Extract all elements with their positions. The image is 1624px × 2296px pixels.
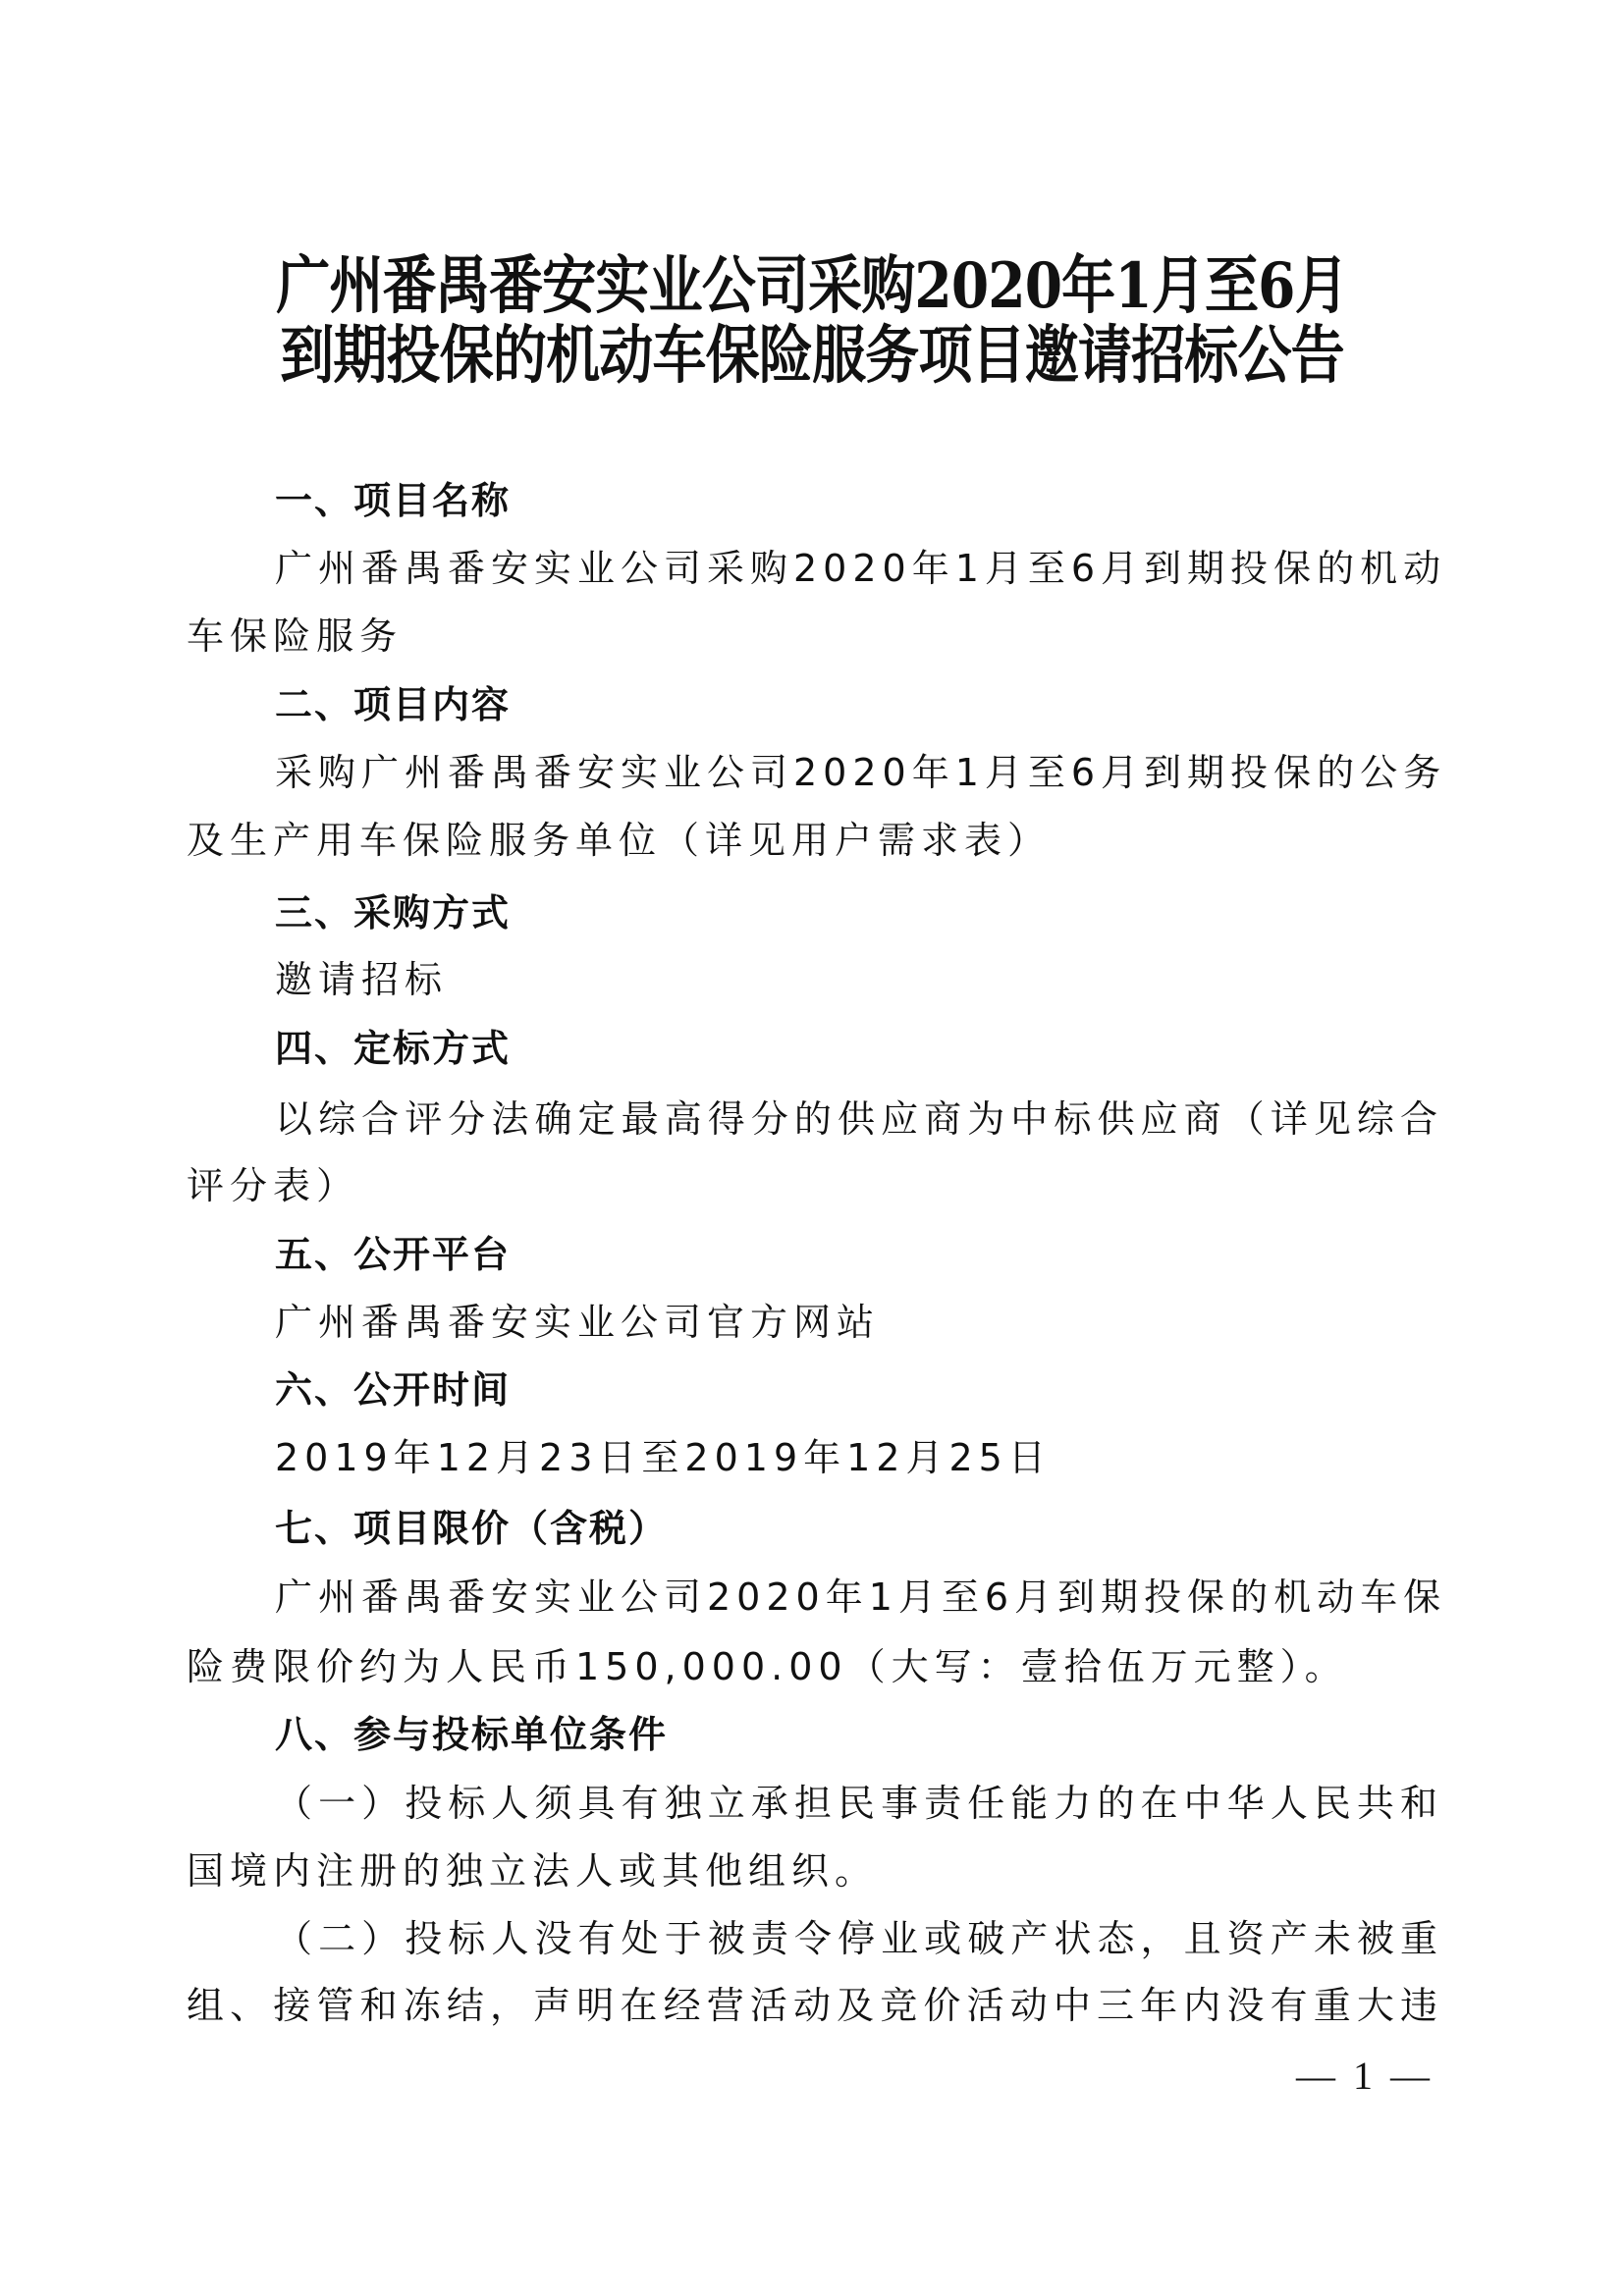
paragraph-line: 车保险服务 [187,602,1443,670]
document-title-line-2: 到期投保的机动车保险服务项目邀请招标公告 [114,322,1510,391]
paragraph-line: 广州番禺番安实业公司采购2020年1月至6月到期投保的机动 [275,534,1443,603]
section-heading-project-name: 一、项目名称 [275,466,1443,535]
section-heading-bidder-conditions: 八、参与投标单位条件 [275,1700,1443,1769]
paragraph-line: 及生产用车保险服务单位（详见用户需求表） [187,806,1443,875]
paragraph-line: 采购广州番禺番安实业公司2020年1月至6月到期投保的公务 [275,738,1443,807]
paragraph-line: 组、接管和冻结，声明在经营活动及竞价活动中三年内没有重大违 [187,1971,1443,2040]
section-heading-publish-time: 六、公开时间 [275,1356,1443,1424]
paragraph-line: 邀请招标 [275,945,1443,1014]
paragraph-line: 评分表） [187,1151,1443,1220]
paragraph-line: 以综合评分法确定最高得分的供应商为中标供应商（详见综合 [275,1085,1443,1153]
section-heading-project-content: 二、项目内容 [275,670,1443,739]
section-heading-publish-platform: 五、公开平台 [275,1220,1443,1289]
paragraph-line: 广州番禺番安实业公司官方网站 [275,1288,1443,1357]
document-title-line-1: 广州番禺番安实业公司采购2020年1月至6月 [114,252,1510,321]
paragraph-line: 国境内注册的独立法人或其他组织。 [187,1837,1443,1905]
paragraph-line: （二）投标人没有处于被责令停业或破产状态，且资产未被重 [275,1904,1443,1973]
section-heading-price-limit: 七、项目限价（含税） [275,1494,1443,1563]
page-number: — 1 — [1276,2052,1453,2101]
paragraph-line: 2019年12月23日至2019年12月25日 [275,1423,1443,1492]
paragraph-line: 险费限价约为人民币150,000.00（大写：壹拾伍万元整）。 [187,1632,1443,1701]
paragraph-line: （一）投标人须具有独立承担民事责任能力的在中华人民共和 [275,1769,1443,1838]
section-heading-procurement-method: 三、采购方式 [275,879,1443,947]
section-heading-award-method: 四、定标方式 [275,1014,1443,1083]
paragraph-line: 广州番禺番安实业公司2020年1月至6月到期投保的机动车保 [275,1563,1443,1631]
